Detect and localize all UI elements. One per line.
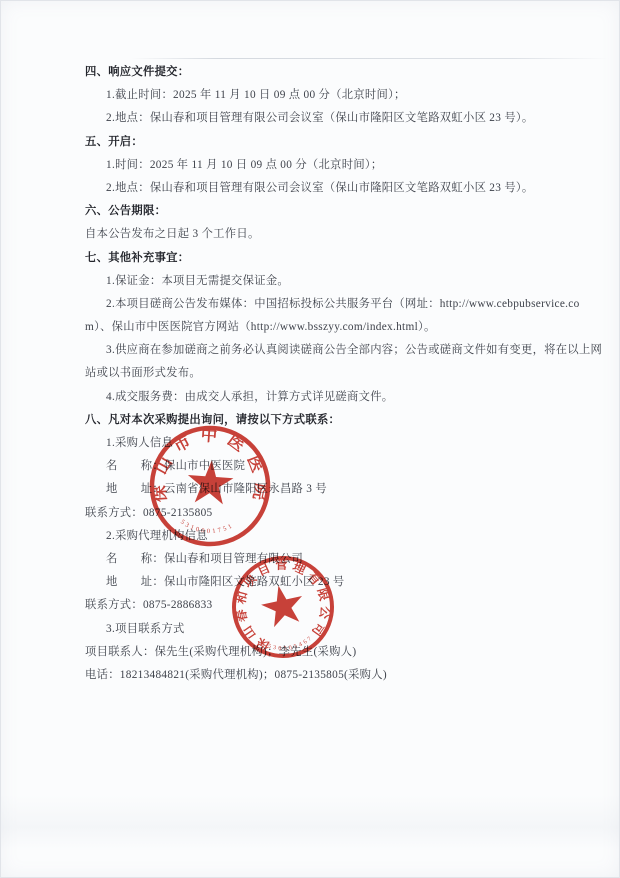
- scan-artifact-noise: [1, 795, 619, 849]
- doc-line: 4.成交服务费：由成交人承担，计算方式详见磋商文件。: [85, 386, 567, 409]
- doc-line: 2.地点：保山春和项目管理有限公司会议室（保山市隆阳区文笔路双虹小区 23 号）…: [85, 107, 567, 130]
- section-heading-4: 四、响应文件提交：: [85, 61, 567, 84]
- doc-line: 名 称：保山市中医医院: [85, 455, 567, 478]
- doc-line: 联系方式：0875-2135805: [85, 502, 567, 525]
- section-heading-6: 六、公告期限：: [85, 200, 567, 223]
- doc-line: 3.供应商在参加磋商之前务必认真阅读磋商公告全部内容；公告或磋商文件如有变更，将…: [85, 339, 567, 362]
- doc-line: 地 址：云南省保山市隆阳区永昌路 3 号: [85, 478, 567, 501]
- doc-line: 电话：18213484821(采购代理机构)；0875-2135805(采购人): [85, 664, 567, 687]
- doc-line: 2.采购代理机构信息: [85, 525, 567, 548]
- doc-line: 1.截止时间：2025 年 11 月 10 日 09 点 00 分（北京时间）；: [85, 84, 567, 107]
- doc-line: 2.本项目磋商公告发布媒体：中国招标投标公共服务平台（网址：http://www…: [85, 293, 567, 316]
- doc-line: 地 址：保山市隆阳区文笔路双虹小区 23 号: [85, 571, 567, 594]
- section-heading-8: 八、凡对本次采购提出询问，请按以下方式联系：: [85, 409, 567, 432]
- doc-line: 2.地点：保山春和项目管理有限公司会议室（保山市隆阳区文笔路双虹小区 23 号）…: [85, 177, 567, 200]
- section-heading-7: 七、其他补充事宜：: [85, 247, 567, 270]
- doc-line: 1.时间：2025 年 11 月 10 日 09 点 00 分（北京时间）；: [85, 154, 567, 177]
- doc-line: 站或以书面形式发布。: [85, 362, 567, 385]
- doc-line: 1.采购人信息: [85, 432, 567, 455]
- scan-artifact-line: [131, 58, 609, 59]
- doc-line: 1.保证金：本项目无需提交保证金。: [85, 270, 567, 293]
- doc-line: 名 称：保山春和项目管理有限公司: [85, 548, 567, 571]
- document-page: 四、响应文件提交： 1.截止时间：2025 年 11 月 10 日 09 点 0…: [0, 0, 620, 878]
- section-heading-5: 五、开启：: [85, 131, 567, 154]
- doc-line: 联系方式：0875-2886833: [85, 594, 567, 617]
- doc-line: 3.项目联系方式: [85, 618, 567, 641]
- doc-line: m）、保山市中医医院官方网站（http://www.bsszyy.com/ind…: [85, 316, 567, 339]
- doc-line: 项目联系人：保先生(采购代理机构)；李先生(采购人): [85, 641, 567, 664]
- doc-line: 自本公告发布之日起 3 个工作日。: [85, 223, 567, 246]
- scanned-document: { "document": { "lines": [ "四、响应文件提交：", …: [0, 0, 620, 878]
- document-body: 四、响应文件提交： 1.截止时间：2025 年 11 月 10 日 09 点 0…: [85, 61, 567, 687]
